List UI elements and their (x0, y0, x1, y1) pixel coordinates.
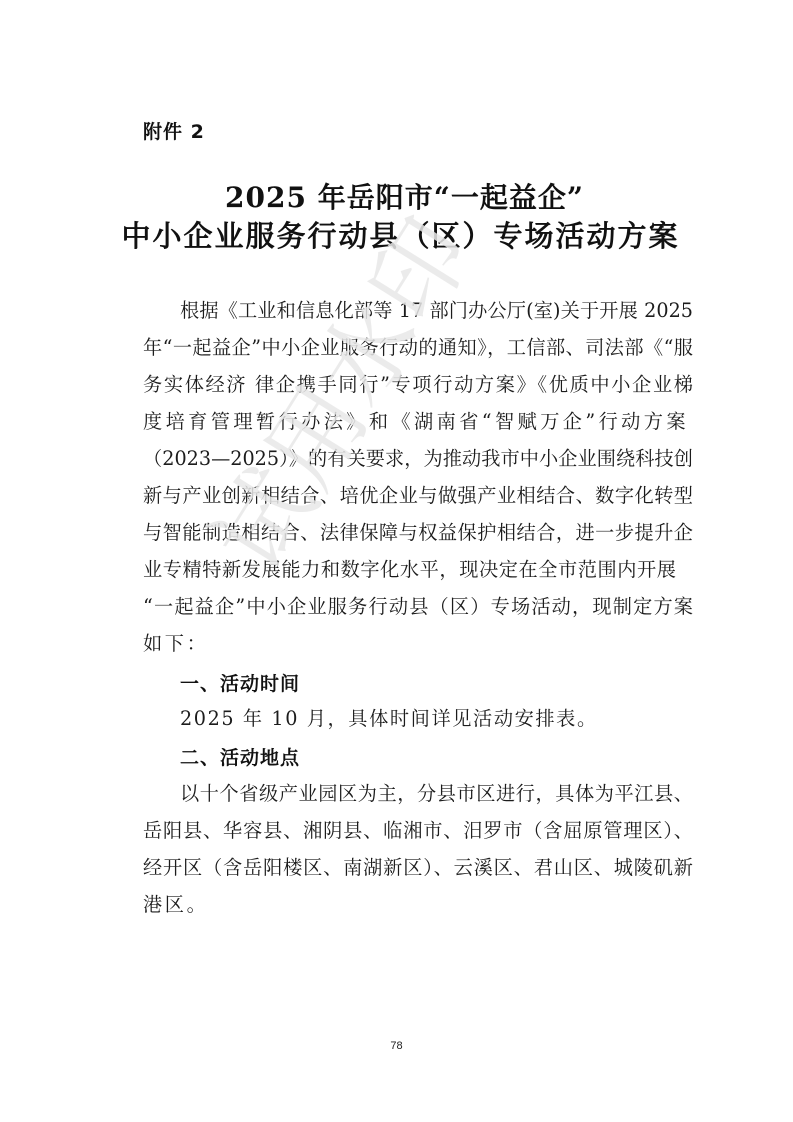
intro-line: 年“一起益企”中小企业服务行动的通知》，工信部、司法部《“服 (143, 335, 693, 361)
intro-line: 新与产业创新相结合、培优企业与做强产业相结合、数字化转型 (143, 483, 693, 509)
section-heading-location: 二、活动地点 (180, 743, 300, 770)
document-title-line-1: 2025 年岳阳市“一起益企” (8, 176, 793, 216)
document-page: 附件 2 2025 年岳阳市“一起益企” 中小企业服务行动县（区）专场活动方案 … (0, 0, 793, 1122)
section-location-line: 以十个省级产业园区为主，分县市区进行，具体为平江县、 (180, 781, 693, 807)
intro-line: 业专精特新发展能力和数字化水平，现决定在全市范围内开展 (143, 557, 676, 583)
intro-line: 与智能制造相结合、法律保障与权益保护相结合，进一步提升企 (143, 520, 693, 546)
section-location-line: 港区。 (143, 892, 693, 918)
page-number: 78 (0, 1040, 793, 1052)
section-location-line: 经开区（含岳阳楼区、南湖新区）、云溪区、君山区、城陵矶新 (143, 855, 693, 881)
section-location-line: 岳阳县、华容县、湘阴县、临湘市、汨罗市（含屈原管理区）、 (143, 818, 693, 844)
intro-line: （2023—2025）》的有关要求，为推动我市中小企业围绕科技创 (143, 446, 693, 472)
intro-line: 务实体经济 律企携手同行”专项行动方案》《优质中小企业梯 (143, 372, 693, 398)
intro-line: 度培育管理暂行办法》和《湖南省“智赋万企”行动方案 (143, 409, 623, 435)
intro-line: 根据《工业和信息化部等 17 部门办公厅(室)关于开展 2025 (180, 298, 693, 324)
section-heading-time: 一、活动时间 (180, 669, 300, 696)
intro-line: 如下： (143, 631, 693, 657)
document-title-line-2: 中小企业服务行动县（区）专场活动方案 (4, 214, 793, 255)
attachment-label: 附件 2 (143, 117, 205, 144)
intro-line: “一起益企”中小企业服务行动县（区）专场活动，现制定方案 (143, 594, 693, 620)
section-time-line: 2025 年 10 月，具体时间详见活动安排表。 (180, 706, 693, 732)
